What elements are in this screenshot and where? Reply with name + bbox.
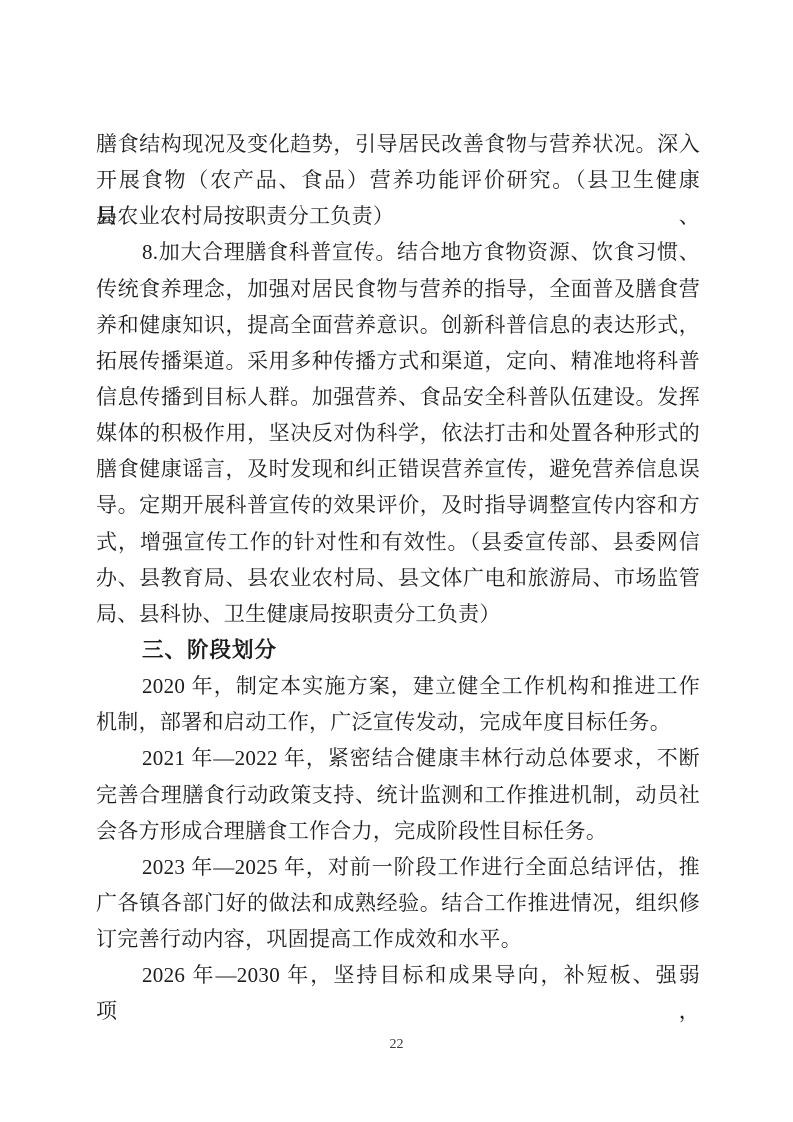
doc-line: 养和健康知识，提高全面营养意识。创新科普信息的表达形式， (96, 307, 700, 343)
doc-line: 式，增强宣传工作的针对性和有效性。（县委宣传部、县委网信 (96, 524, 700, 560)
doc-line: 开展食物（农产品、食品）营养功能评价研究。（县卫生健康局、 (96, 162, 700, 198)
document-page: 膳食结构现况及变化趋势，引导居民改善食物与营养状况。深入 开展食物（农产品、食品… (0, 0, 793, 1122)
doc-line: 导。定期开展科普宣传的效果评价，及时指导调整宣传内容和方 (96, 487, 700, 523)
doc-line: 机制，部署和启动工作，广泛宣传发动，完成年度目标任务。 (96, 704, 700, 740)
doc-line: 办、县教育局、县农业农村局、县文体广电和旅游局、市场监管 (96, 560, 700, 596)
doc-line: 2026 年—2030 年，坚持目标和成果导向，补短板、强弱项， (96, 957, 700, 993)
doc-line: 订完善行动内容，巩固提高工作成效和水平。 (96, 921, 700, 957)
doc-line: 2020 年，制定本实施方案，建立健全工作机构和推进工作 (96, 668, 700, 704)
doc-line: 膳食健康谣言，及时发现和纠正错误营养宣传，避免营养信息误 (96, 451, 700, 487)
document-body: 膳食结构现况及变化趋势，引导居民改善食物与营养状况。深入 开展食物（农产品、食品… (96, 126, 700, 993)
doc-line: 8.加大合理膳食科普宣传。结合地方食物资源、饮食习惯、 (96, 234, 700, 270)
doc-line: 媒体的积极作用，坚决反对伪科学，依法打击和处置各种形式的 (96, 415, 700, 451)
doc-line: 2023 年—2025 年，对前一阶段工作进行全面总结评估，推 (96, 849, 700, 885)
doc-line: 传统食养理念，加强对居民食物与营养的指导，全面普及膳食营 (96, 271, 700, 307)
doc-line: 信息传播到目标人群。加强营养、食品安全科普队伍建设。发挥 (96, 379, 700, 415)
doc-line: 膳食结构现况及变化趋势，引导居民改善食物与营养状况。深入 (96, 126, 700, 162)
doc-line: 完善合理膳食行动政策支持、统计监测和工作推进机制，动员社 (96, 777, 700, 813)
doc-line: 拓展传播渠道。采用多种传播方式和渠道，定向、精准地将科普 (96, 343, 700, 379)
doc-line: 广各镇各部门好的做法和成熟经验。结合工作推进情况，组织修 (96, 885, 700, 921)
doc-line: 2021 年—2022 年，紧密结合健康丰林行动总体要求，不断 (96, 740, 700, 776)
section-heading: 三、阶段划分 (96, 632, 700, 668)
doc-line: 会各方形成合理膳食工作合力，完成阶段性目标任务。 (96, 813, 700, 849)
page-number: 22 (0, 1036, 793, 1054)
doc-line: 局、县科协、卫生健康局按职责分工负责） (96, 596, 700, 632)
